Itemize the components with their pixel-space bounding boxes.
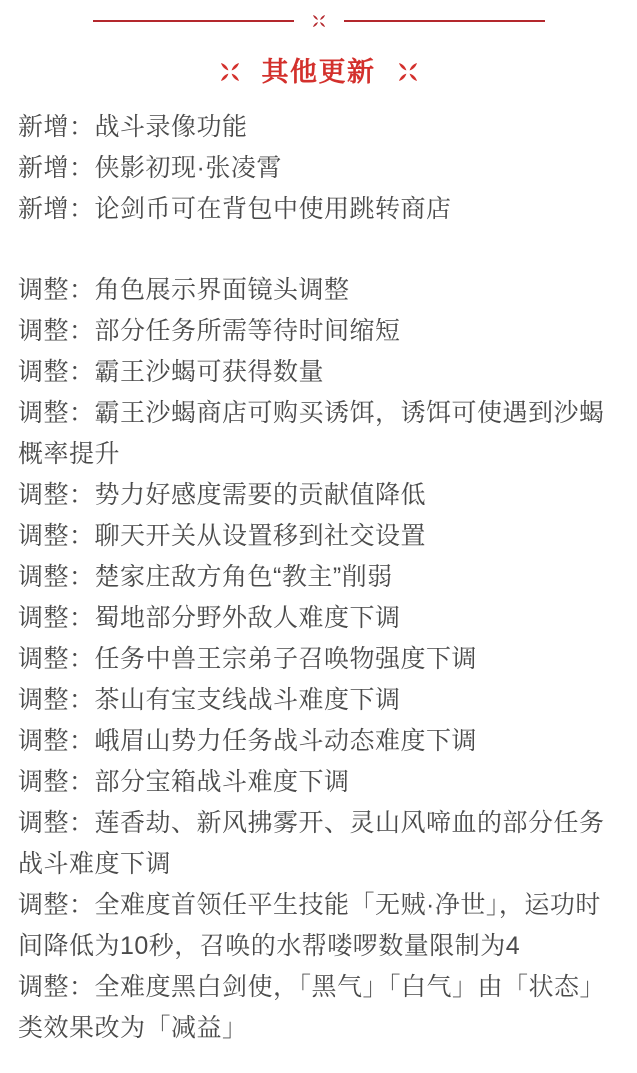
update-item: 调整：全难度黑白剑使，「黑气」「白气」由「状态」类效果改为「减益」 <box>18 967 619 1049</box>
update-item: 调整：峨眉山势力任务战斗动态难度下调 <box>18 721 619 762</box>
page-title-row: 其他更新 <box>0 55 637 89</box>
update-item: 新增：侠影初现·张凌霄 <box>18 148 619 189</box>
update-item: 调整：霸王沙蝎可获得数量 <box>18 352 619 393</box>
update-item: 调整：任务中兽王宗弟子召唤物强度下调 <box>18 639 619 680</box>
update-item: 调整：莲香劫、新风拂雾开、灵山风啼血的部分任务战斗难度下调 <box>18 803 619 885</box>
update-item: 调整：聊天开关从设置移到社交设置 <box>18 516 619 557</box>
update-item: 调整：楚家庄敌方角色“教主”削弱 <box>18 557 619 598</box>
update-item: 调整：茶山有宝支线战斗难度下调 <box>18 680 619 721</box>
pinwheel-icon <box>311 13 327 29</box>
update-item: 调整：霸王沙蝎商店可购买诱饵，诱饵可使遇到沙蝎概率提升 <box>18 393 619 475</box>
update-item: 调整：部分任务所需等待时间缩短 <box>18 311 619 352</box>
divider-line-right <box>344 20 545 22</box>
update-announcement-page: 其他更新 新增：战斗录像功能 新增：侠影初现·张凌霄 新增：论剑币可在背包中使用… <box>0 13 637 1073</box>
divider-line-left <box>93 20 294 22</box>
page-title: 其他更新 <box>262 55 376 89</box>
pinwheel-icon <box>396 60 420 84</box>
update-item: 调整：势力好感度需要的贡献值降低 <box>18 475 619 516</box>
update-list: 新增：战斗录像功能 新增：侠影初现·张凌霄 新增：论剑币可在背包中使用跳转商店 … <box>0 89 637 1063</box>
update-item: 新增：论剑币可在背包中使用跳转商店 <box>18 189 619 230</box>
pinwheel-icon <box>218 60 242 84</box>
update-item: 新增：战斗录像功能 <box>18 107 619 148</box>
update-item: 调整：角色展示界面镜头调整 <box>18 270 619 311</box>
section-adjustments: 调整：角色展示界面镜头调整 调整：部分任务所需等待时间缩短 调整：霸王沙蝎可获得… <box>18 270 619 1049</box>
update-item: 调整：部分宝箱战斗难度下调 <box>18 762 619 803</box>
update-item: 调整：全难度首领任平生技能「无贼·净世」，运功时间降低为10秒，召唤的水帮喽啰数… <box>18 885 619 967</box>
header-divider <box>93 13 545 29</box>
update-item: 调整：蜀地部分野外敌人难度下调 <box>18 598 619 639</box>
section-additions: 新增：战斗录像功能 新增：侠影初现·张凌霄 新增：论剑币可在背包中使用跳转商店 <box>18 107 619 230</box>
